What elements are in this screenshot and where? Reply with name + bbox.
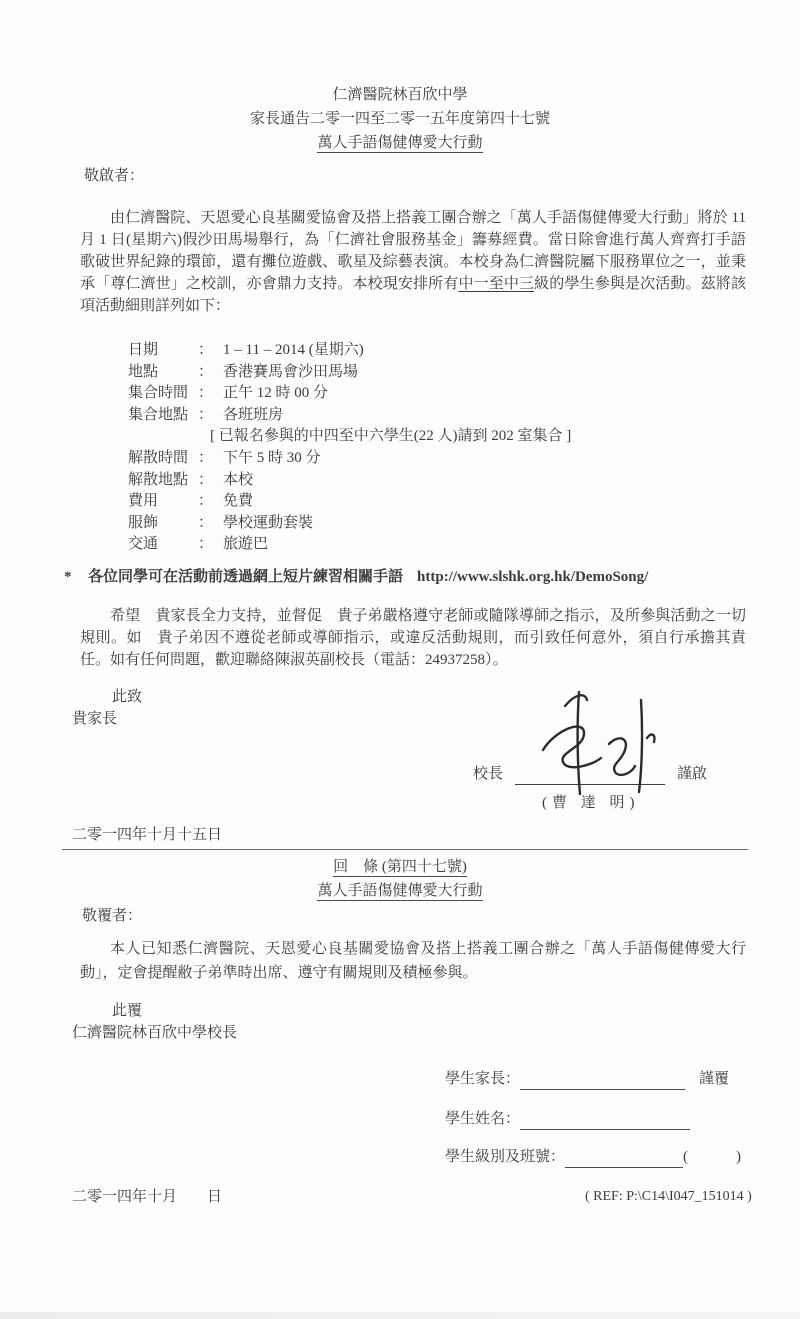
detail-colon: ： [198,339,213,361]
parent-signature-label: 學生家長： [445,1068,520,1090]
parent-support-paragraph: 希望 貴家長全力支持，並督促 貴子弟嚴格遵守老師或隨隊導師之指示，及所參與活動之… [80,605,746,671]
detail-row-venue: 地點：香港賽馬會沙田馬場 [128,361,571,383]
class-bracket-open: ( [683,1146,688,1168]
detail-row-date: 日期：1 – 11 – 2014 (星期六) [128,339,571,361]
detail-colon: ： [198,512,213,534]
principal-signature-block: 校長 謹啟 [473,758,707,785]
reply-salutation: 敬覆者： [82,905,142,927]
reply-body-paragraph: 本人已知悉仁濟醫院、天恩愛心良基關愛協會及搭上搭義工團合辦之「萬人手語傷健傳愛大… [80,937,746,985]
detail-colon: ： [198,490,213,512]
practice-note: * 各位同學可在活動前透過網上短片練習相關手語 http://www.slshk… [64,566,754,588]
reply-slip-subtitle: 萬人手語傷健傳愛大行動 [317,883,482,901]
intro-paragraph: 由仁濟醫院、天恩愛心良基關愛協會及搭上搭義工團合辦之「萬人手語傷健傳愛大行動」將… [80,207,746,317]
detail-value: 旅遊巴 [223,533,268,555]
detail-label: 服飾 [128,512,198,534]
detail-label: 集合地點 [128,404,198,426]
detail-value: 學校運動套裝 [223,512,313,534]
reply-closing-recipient: 仁濟醫院林百欣中學校長 [72,1022,237,1044]
detail-value: 1 – 11 – 2014 (星期六) [223,339,364,361]
detail-value: 本校 [223,469,253,491]
detail-row-dismiss-time: 解散時間：下午 5 時 30 分 [128,447,571,469]
detail-row-dismiss-place: 解散地點：本校 [128,469,571,491]
reply-closing-phrase: 此覆 [112,1000,142,1022]
detail-label: 解散地點 [128,469,198,491]
file-reference: ( REF: P:\C14\I047_151014 ) [585,1186,752,1208]
event-title: 萬人手語傷健傳愛大行動 [0,132,800,156]
demo-song-url: http://www.slshk.org.hk/DemoSong/ [417,566,648,588]
student-class-label: 學生級別及班號： [445,1146,565,1168]
detail-label: 地點 [128,361,198,383]
reply-slip-title: 回 條 (第四十七號) [333,859,467,877]
detail-row-attire: 服飾：學校運動套裝 [128,512,571,534]
principal-signature-scribble [529,686,659,798]
tear-off-divider [62,849,748,850]
detail-colon: ： [198,533,213,555]
notice-header: 仁濟醫院林百欣中學 家長通告二零一四至二零一五年度第四十七號 萬人手語傷健傳愛大… [0,84,800,156]
detail-label: 日期 [128,339,198,361]
student-class-blank [565,1147,683,1168]
intro-paragraph-underlined-forms: 中一至中三 [458,276,534,292]
detail-value: 香港賽馬會沙田馬場 [223,361,358,383]
principal-signature-line [515,758,665,785]
detail-colon: ： [198,447,213,469]
event-title-text: 萬人手語傷健傳愛大行動 [317,135,482,153]
detail-value: 免費 [223,490,253,512]
class-bracket-close: ) [736,1146,741,1168]
detail-colon: ： [198,404,213,426]
detail-label: 交通 [128,533,198,555]
detail-value: 各班班房 [223,404,283,426]
parent-honorific: 謹覆 [699,1068,729,1090]
principal-label: 校長 [473,763,503,785]
detail-colon: ： [198,361,213,383]
student-name-blank [520,1109,690,1130]
notice-date: 二零一四年十月十五日 [72,824,222,846]
detail-label: 費用 [128,490,198,512]
notice-number-line: 家長通告二零一四至二零一五年度第四十七號 [0,108,800,132]
salutation: 敬啟者： [84,165,144,187]
detail-value: 正午 12 時 00 分 [223,382,328,404]
detail-row-assembly-time: 集合時間：正午 12 時 00 分 [128,382,571,404]
principal-name: (曹 達 明) [542,792,640,814]
student-name-label: 學生姓名： [445,1108,520,1130]
detail-value: 下午 5 時 30 分 [223,447,321,469]
student-name-field: 學生姓名： [445,1106,690,1130]
scan-edge [0,1312,800,1319]
detail-note-senior-students: [ 已報名參與的中四至中六學生(22 人)請到 202 室集合 ] [128,425,571,447]
detail-row-fee: 費用：免費 [128,490,571,512]
asterisk-marker: * [64,566,88,588]
detail-colon: ： [198,469,213,491]
closing-phrase: 此致 [112,686,142,708]
scanned-notice-page: 仁濟醫院林百欣中學 家長通告二零一四至二零一五年度第四十七號 萬人手語傷健傳愛大… [0,0,800,1319]
reply-slip-title-line: 回 條 (第四十七號) [0,856,800,878]
detail-row-transport: 交通：旅遊巴 [128,533,571,555]
student-class-field: 學生級別及班號： ( ) [445,1144,741,1168]
principal-honorific: 謹啟 [677,763,707,785]
detail-label: 集合時間 [128,382,198,404]
reply-footer-date: 二零一四年十月 日 [72,1186,222,1208]
reply-slip-subtitle-line: 萬人手語傷健傳愛大行動 [0,880,800,902]
detail-label: 解散時間 [128,447,198,469]
detail-colon: ： [198,382,213,404]
parent-signature-blank [520,1069,685,1090]
event-details-list: 日期：1 – 11 – 2014 (星期六) 地點：香港賽馬會沙田馬場 集合時間… [128,339,571,555]
parent-signature-field: 學生家長： 謹覆 [445,1066,729,1090]
practice-note-text: 各位同學可在活動前透過網上短片練習相關手語 [88,566,403,588]
detail-row-assembly-place: 集合地點：各班班房 [128,404,571,426]
closing-recipient: 貴家長 [72,708,117,730]
school-name: 仁濟醫院林百欣中學 [0,84,800,108]
